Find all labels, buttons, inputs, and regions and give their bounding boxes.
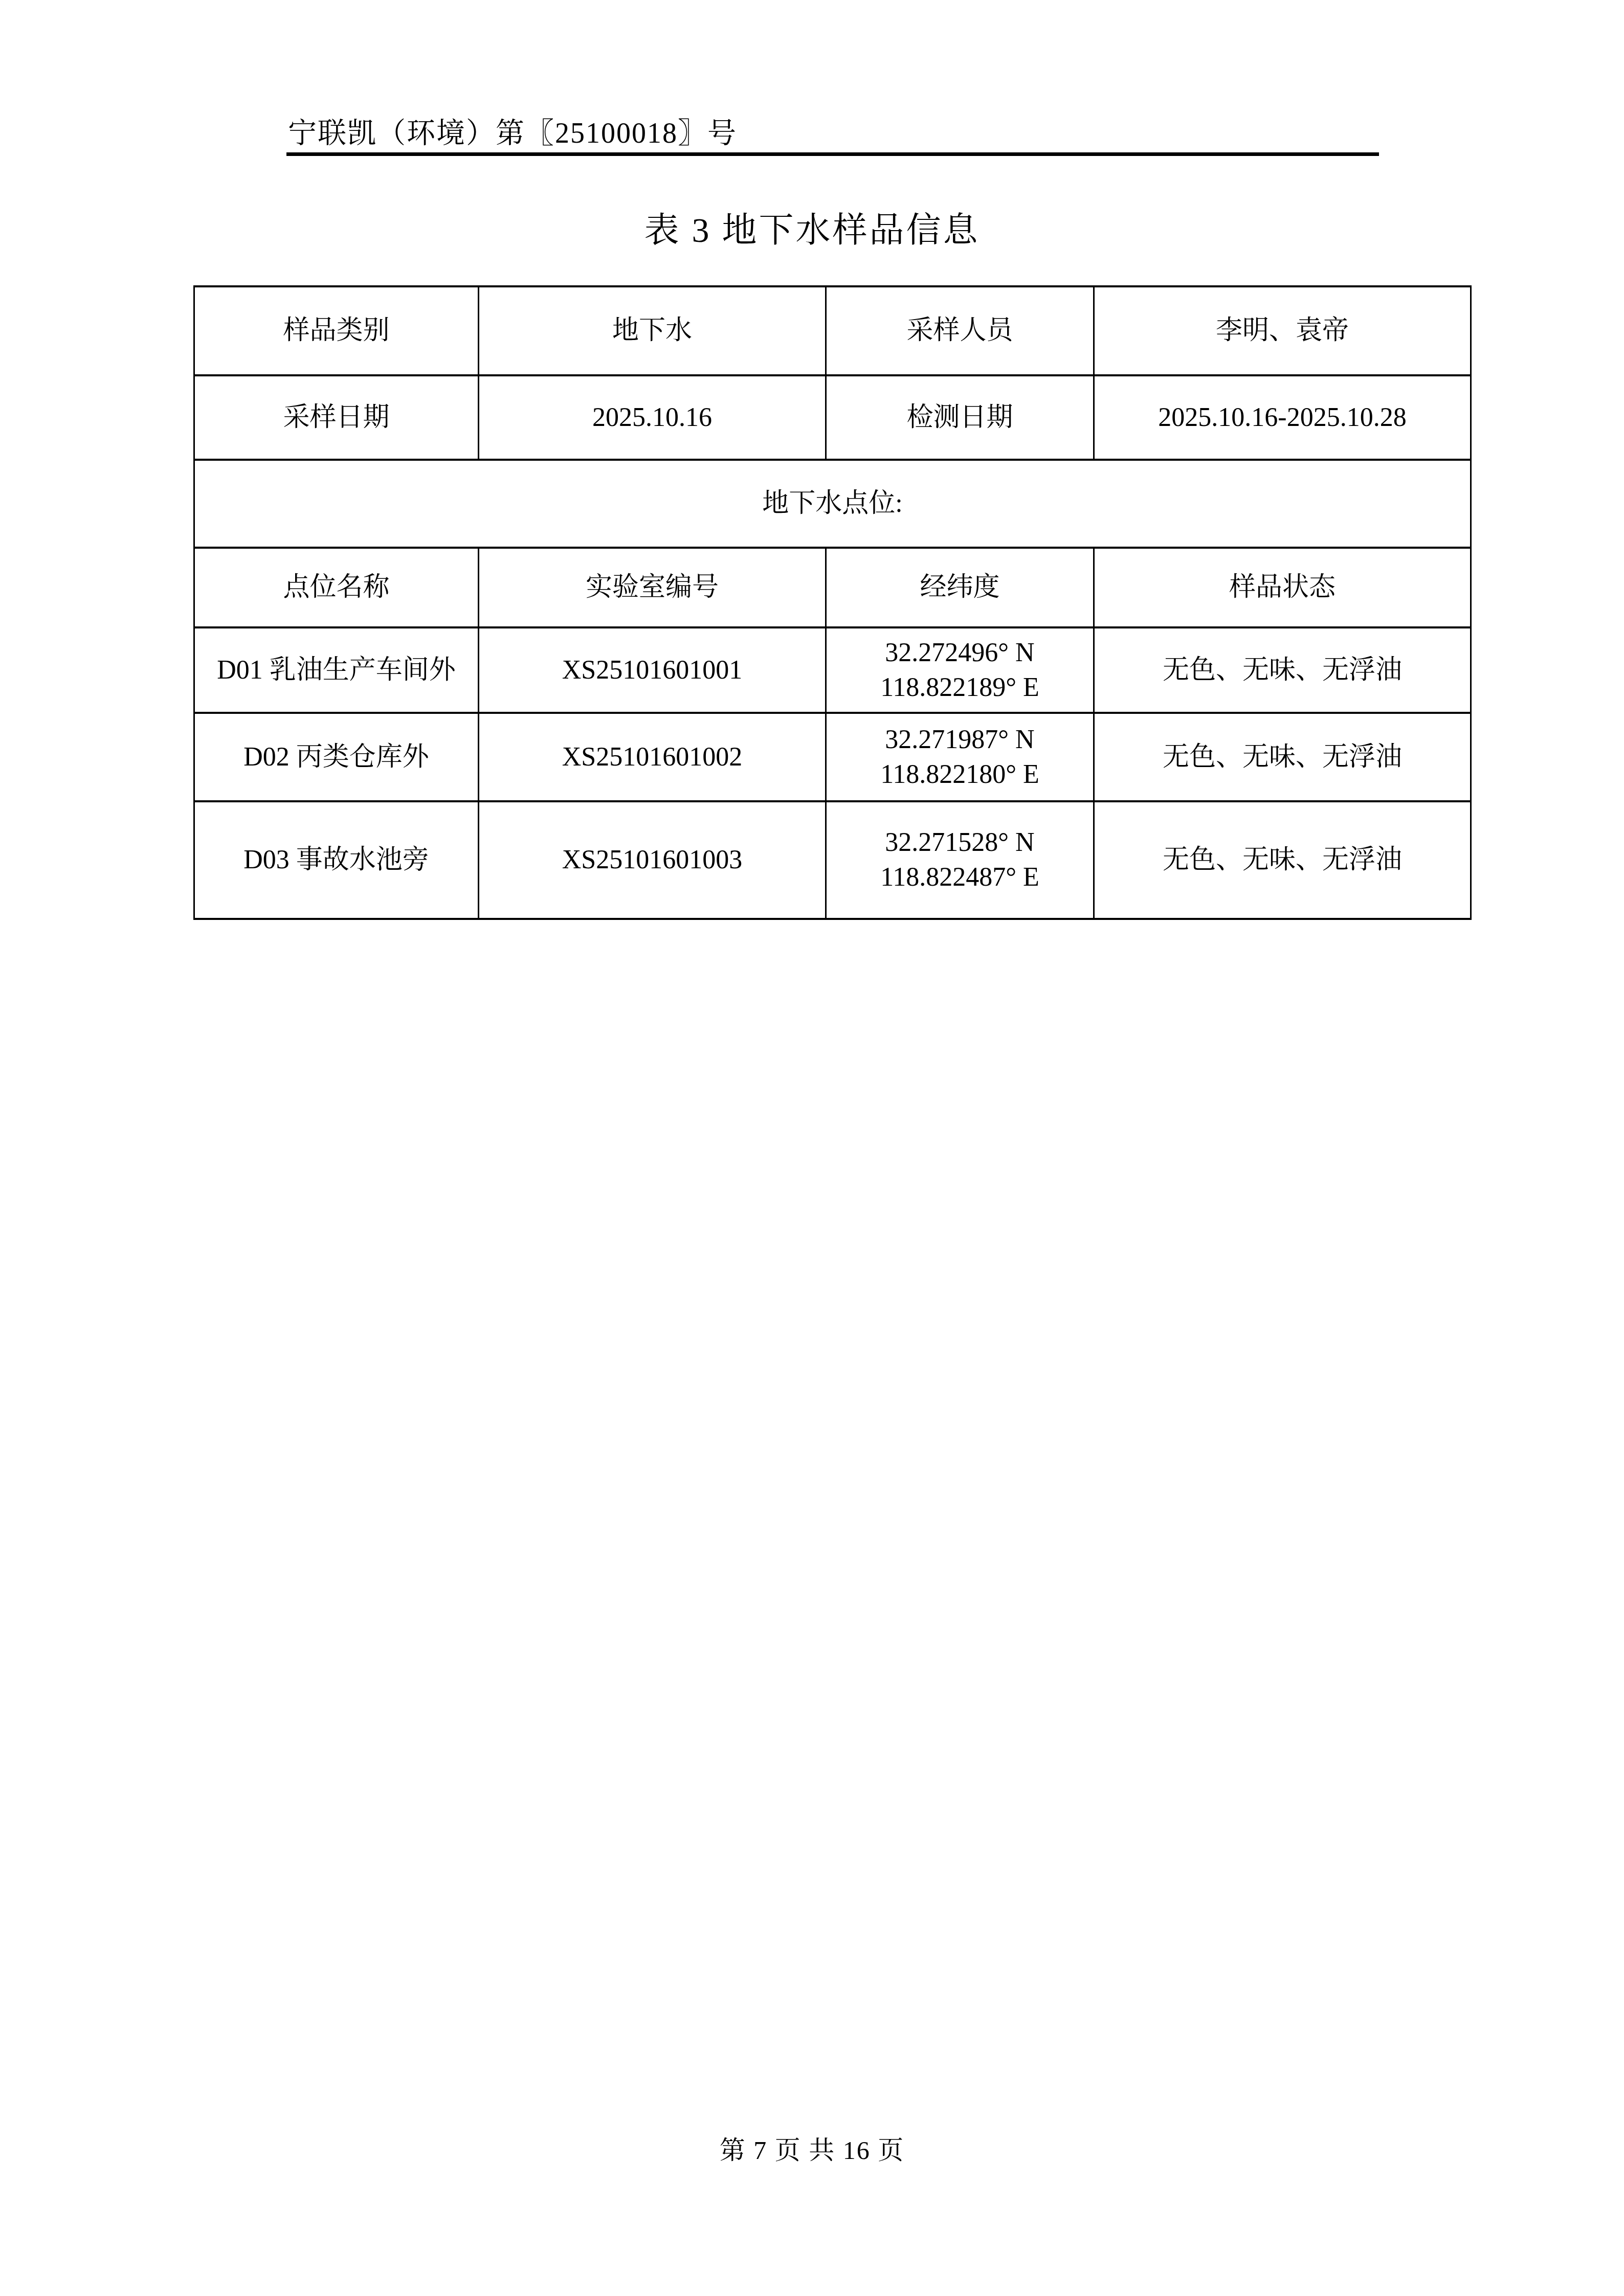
sample-status: 无色、无味、无浮油: [1094, 627, 1471, 713]
lab-id: XS25101601001: [479, 627, 826, 713]
sampler-value: 李明、袁帝: [1094, 286, 1471, 375]
column-header-coordinates: 经纬度: [826, 548, 1094, 627]
longitude: 118.822487° E: [827, 860, 1093, 895]
testing-date-value: 2025.10.16-2025.10.28: [1094, 375, 1471, 460]
groundwater-points-section-label: 地下水点位:: [194, 460, 1471, 548]
table-row: 采样日期 2025.10.16 检测日期 2025.10.16-2025.10.…: [194, 375, 1471, 460]
document-number: 宁联凯（环境）第〖25100018〗号: [288, 117, 737, 150]
sampler-label: 采样人员: [826, 286, 1094, 375]
page-title: 表 3 地下水样品信息: [0, 211, 1624, 250]
table-row: 地下水点位:: [194, 460, 1471, 548]
latitude: 32.271987° N: [827, 723, 1093, 757]
document-page: 宁联凯（环境）第〖25100018〗号 表 3 地下水样品信息 样品类别 地下水…: [0, 0, 1624, 2296]
latitude: 32.272496° N: [827, 636, 1093, 670]
table-row: D02 丙类仓库外 XS25101601002 32.271987° N 118…: [194, 713, 1471, 801]
sampling-date-value: 2025.10.16: [479, 375, 826, 460]
coordinates: 32.271987° N 118.822180° E: [826, 713, 1094, 801]
coordinates: 32.272496° N 118.822189° E: [826, 627, 1094, 713]
table-header-row: 点位名称 实验室编号 经纬度 样品状态: [194, 548, 1471, 627]
lab-id: XS25101601003: [479, 801, 826, 919]
lab-id: XS25101601002: [479, 713, 826, 801]
table-row: D03 事故水池旁 XS25101601003 32.271528° N 118…: [194, 801, 1471, 919]
sample-category-label: 样品类别: [194, 286, 479, 375]
column-header-point-name: 点位名称: [194, 548, 479, 627]
column-header-sample-status: 样品状态: [1094, 548, 1471, 627]
point-name: D01 乳油生产车间外: [194, 627, 479, 713]
latitude: 32.271528° N: [827, 825, 1093, 860]
longitude: 118.822180° E: [827, 757, 1093, 792]
testing-date-label: 检测日期: [826, 375, 1094, 460]
groundwater-sample-table: 样品类别 地下水 采样人员 李明、袁帝 采样日期 2025.10.16 检测日期…: [193, 285, 1472, 920]
sampling-date-label: 采样日期: [194, 375, 479, 460]
point-name: D02 丙类仓库外: [194, 713, 479, 801]
column-header-lab-id: 实验室编号: [479, 548, 826, 627]
table-row: 样品类别 地下水 采样人员 李明、袁帝: [194, 286, 1471, 375]
point-name: D03 事故水池旁: [194, 801, 479, 919]
page-number: 第 7 页 共 16 页: [0, 2130, 1624, 2167]
longitude: 118.822189° E: [827, 670, 1093, 705]
sample-status: 无色、无味、无浮油: [1094, 713, 1471, 801]
table-row: D01 乳油生产车间外 XS25101601001 32.272496° N 1…: [194, 627, 1471, 713]
sample-status: 无色、无味、无浮油: [1094, 801, 1471, 919]
coordinates: 32.271528° N 118.822487° E: [826, 801, 1094, 919]
sample-category-value: 地下水: [479, 286, 826, 375]
header-rule: [286, 152, 1379, 156]
